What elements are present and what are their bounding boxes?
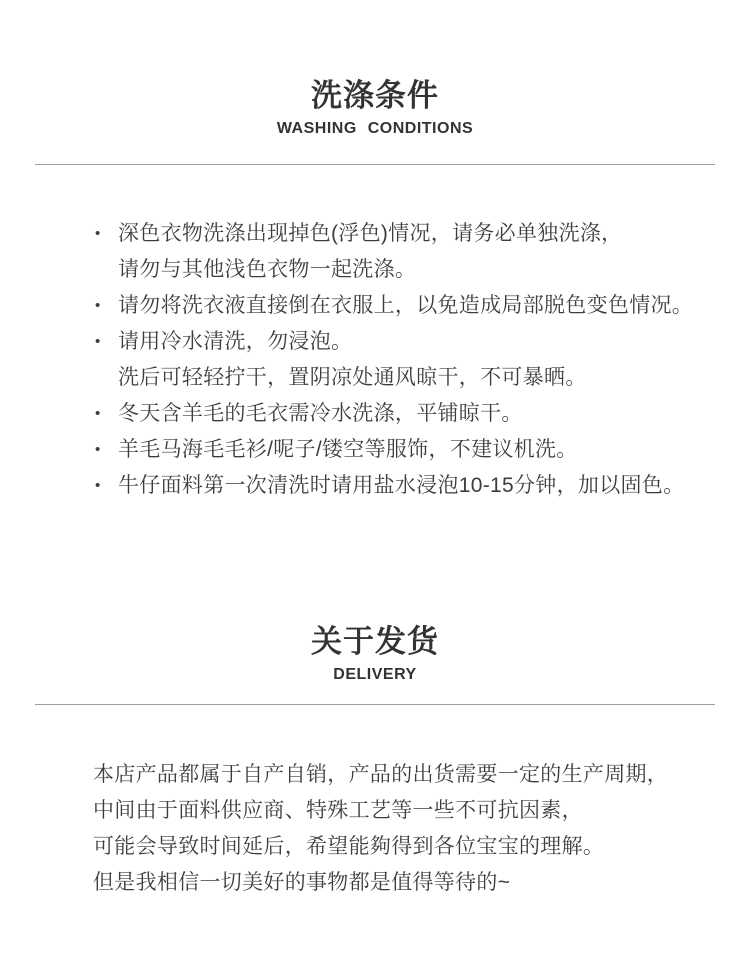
delivery-header: 关于发货 DELIVERY (0, 622, 750, 684)
washing-title: 洗涤条件 (0, 76, 750, 116)
washing-item: • 深色衣物洗涤出现掉色(浮色)情况，请务必单独洗涤，请勿与其他浅色衣物一起洗涤… (95, 216, 710, 288)
delivery-title: 关于发货 (0, 622, 750, 662)
bullet-dot-icon: • (95, 288, 118, 324)
washing-item: • 冬天含羊毛的毛衣需冷水洗涤，平铺晾干。 (95, 396, 710, 432)
bullet-dot-icon: • (95, 396, 118, 432)
bullet-dot-icon: • (95, 468, 118, 504)
washing-item-line: 冬天含羊毛的毛衣需冷水洗涤，平铺晾干。 (118, 396, 710, 432)
section-divider (35, 164, 715, 165)
bullet-dot-icon: • (95, 324, 118, 360)
washing-item-line: 深色衣物洗涤出现掉色(浮色)情况，请务必单独洗涤， (118, 216, 710, 252)
delivery-paragraph: 本店产品都属于自产自销，产品的出货需要一定的生产周期，中间由于面料供应商、特殊工… (93, 757, 710, 901)
delivery-line: 本店产品都属于自产自销，产品的出货需要一定的生产周期， (93, 757, 710, 793)
delivery-section: 关于发货 DELIVERY 本店产品都属于自产自销，产品的出货需要一定的生产周期… (0, 622, 750, 901)
washing-item-line: 羊毛马海毛毛衫/呢子/镂空等服饰，不建议机洗。 (118, 432, 710, 468)
washing-item-lines: 请勿将洗衣液直接倒在衣服上，以免造成局部脱色变色情况。 (118, 288, 710, 324)
page: { "style": { "background_color": "#fffff… (0, 0, 750, 976)
washing-item-lines: 羊毛马海毛毛衫/呢子/镂空等服饰，不建议机洗。 (118, 432, 710, 468)
washing-list: • 深色衣物洗涤出现掉色(浮色)情况，请务必单独洗涤，请勿与其他浅色衣物一起洗涤… (95, 216, 710, 504)
washing-item: • 请勿将洗衣液直接倒在衣服上，以免造成局部脱色变色情况。 (95, 288, 710, 324)
washing-item-line: 请勿与其他浅色衣物一起洗涤。 (118, 252, 710, 288)
washing-item-lines: 冬天含羊毛的毛衣需冷水洗涤，平铺晾干。 (118, 396, 710, 432)
washing-item-line: 请用冷水清洗，勿浸泡。 (118, 324, 710, 360)
washing-section: 洗涤条件 WASHING CONDITIONS • 深色衣物洗涤出现掉色(浮色)… (0, 0, 750, 504)
washing-item: • 羊毛马海毛毛衫/呢子/镂空等服饰，不建议机洗。 (95, 432, 710, 468)
washing-subtitle: WASHING CONDITIONS (0, 120, 750, 138)
delivery-subtitle: DELIVERY (0, 666, 750, 684)
bullet-dot-icon: • (95, 216, 118, 252)
washing-item-line: 洗后可轻轻拧干，置阴凉处通风晾干，不可暴晒。 (118, 360, 710, 396)
bullet-dot-icon: • (95, 432, 118, 468)
washing-item-lines: 牛仔面料第一次清洗时请用盐水浸泡10-15分钟，加以固色。 (118, 468, 710, 504)
delivery-line: 中间由于面料供应商、特殊工艺等一些不可抗因素， (93, 793, 710, 829)
section-divider (35, 704, 715, 705)
washing-header: 洗涤条件 WASHING CONDITIONS (0, 76, 750, 138)
delivery-line: 可能会导致时间延后，希望能夠得到各位宝宝的理解。 (93, 829, 710, 865)
washing-item: • 牛仔面料第一次清洗时请用盐水浸泡10-15分钟，加以固色。 (95, 468, 710, 504)
washing-item-lines: 请用冷水清洗，勿浸泡。洗后可轻轻拧干，置阴凉处通风晾干，不可暴晒。 (118, 324, 710, 396)
washing-item-lines: 深色衣物洗涤出现掉色(浮色)情况，请务必单独洗涤，请勿与其他浅色衣物一起洗涤。 (118, 216, 710, 288)
delivery-line: 但是我相信一切美好的事物都是值得等待的~ (93, 865, 710, 901)
washing-item: • 请用冷水清洗，勿浸泡。洗后可轻轻拧干，置阴凉处通风晾干，不可暴晒。 (95, 324, 710, 396)
washing-item-line: 牛仔面料第一次清洗时请用盐水浸泡10-15分钟，加以固色。 (118, 468, 710, 504)
washing-item-line: 请勿将洗衣液直接倒在衣服上，以免造成局部脱色变色情况。 (118, 288, 710, 324)
